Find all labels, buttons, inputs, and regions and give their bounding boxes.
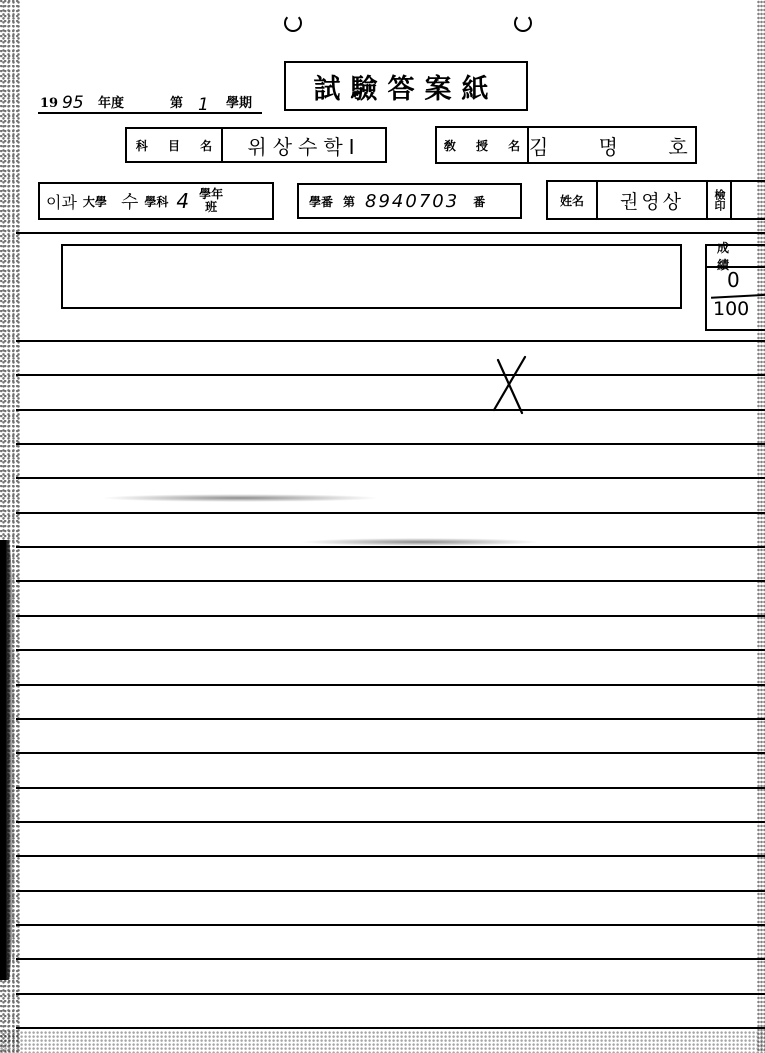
- header-divider: [16, 232, 765, 234]
- year-handwritten: 95: [62, 93, 84, 113]
- professor-label: 敎 授 名: [437, 128, 529, 162]
- answer-line: [16, 477, 765, 479]
- answer-line: [16, 958, 765, 960]
- answer-line: [16, 684, 765, 686]
- answer-line: [16, 821, 765, 823]
- subject-label: 科 目 名: [127, 129, 223, 161]
- answer-line: [16, 787, 765, 789]
- professor-value: 김 명 호: [529, 128, 710, 162]
- subject-box: 科 目 名 위상수학Ⅰ: [125, 127, 387, 163]
- answer-line: [16, 546, 765, 548]
- student-number-label: 學番: [309, 193, 333, 210]
- scan-noise-right-edge: [757, 0, 765, 1053]
- year-term-line: 19 95 年度 第 1 學期: [38, 92, 262, 114]
- name-value: 권영상: [598, 182, 708, 218]
- grade-label: 成 績: [707, 246, 765, 268]
- answer-line: [16, 409, 765, 411]
- student-number-prefix: 第: [343, 193, 355, 210]
- answer-line: [16, 512, 765, 514]
- name-label: 姓名: [548, 182, 598, 218]
- scan-shadow-left: [0, 540, 14, 980]
- grade-box: 成 績 0 100: [705, 244, 765, 331]
- term-prefix: 第: [170, 92, 183, 111]
- subject-value: 위상수학Ⅰ: [223, 129, 385, 161]
- answer-line: [16, 580, 765, 582]
- smudge-mark: [100, 494, 380, 502]
- inspection-stamp-area: [732, 182, 765, 218]
- remarks-box: [61, 244, 682, 309]
- answer-line: [16, 443, 765, 445]
- year-label: 年度: [98, 92, 124, 111]
- answer-line: [16, 993, 765, 995]
- year-prefix: 19: [40, 96, 58, 111]
- term-label: 學期: [226, 92, 252, 111]
- answer-line: [16, 924, 765, 926]
- answer-line: [16, 374, 765, 376]
- answer-line: [16, 649, 765, 651]
- college-handwritten: 이과: [46, 190, 77, 213]
- scan-noise-bottom-edge: [0, 1031, 765, 1053]
- answer-line: [16, 1027, 765, 1029]
- student-number-value: 8940703: [365, 191, 459, 212]
- answer-line: [16, 615, 765, 617]
- class-label: 班: [205, 201, 217, 214]
- term-handwritten: 1: [198, 95, 209, 115]
- answer-line: [16, 340, 765, 342]
- student-number-box: 學番 第 8940703 番: [297, 183, 522, 219]
- smudge-mark: [300, 538, 540, 546]
- grade-total: 100: [713, 298, 749, 320]
- cross-mark-icon: [492, 355, 528, 417]
- professor-box: 敎 授 名 김 명 호: [435, 126, 697, 164]
- student-number-suffix: 番: [473, 193, 485, 210]
- binder-hole-icon: [514, 14, 532, 32]
- answer-line: [16, 890, 765, 892]
- grade-year-handwritten: 4: [176, 189, 189, 213]
- title-text: 試驗答案紙: [314, 67, 499, 106]
- grade-score: 0: [727, 268, 740, 292]
- name-box: 姓名 권영상 檢印: [546, 180, 765, 220]
- answer-line: [16, 855, 765, 857]
- document-title: 試驗答案紙: [284, 61, 528, 111]
- answer-line: [16, 752, 765, 754]
- inspection-stamp-label: 檢印: [708, 182, 732, 218]
- department-box: 이과 大學 수 學科 4 學年 班: [38, 182, 274, 220]
- department-label: 學科: [144, 193, 168, 210]
- department-handwritten: 수: [121, 188, 138, 214]
- college-label: 大學: [83, 193, 107, 210]
- answer-line: [16, 718, 765, 720]
- binder-hole-icon: [284, 14, 302, 32]
